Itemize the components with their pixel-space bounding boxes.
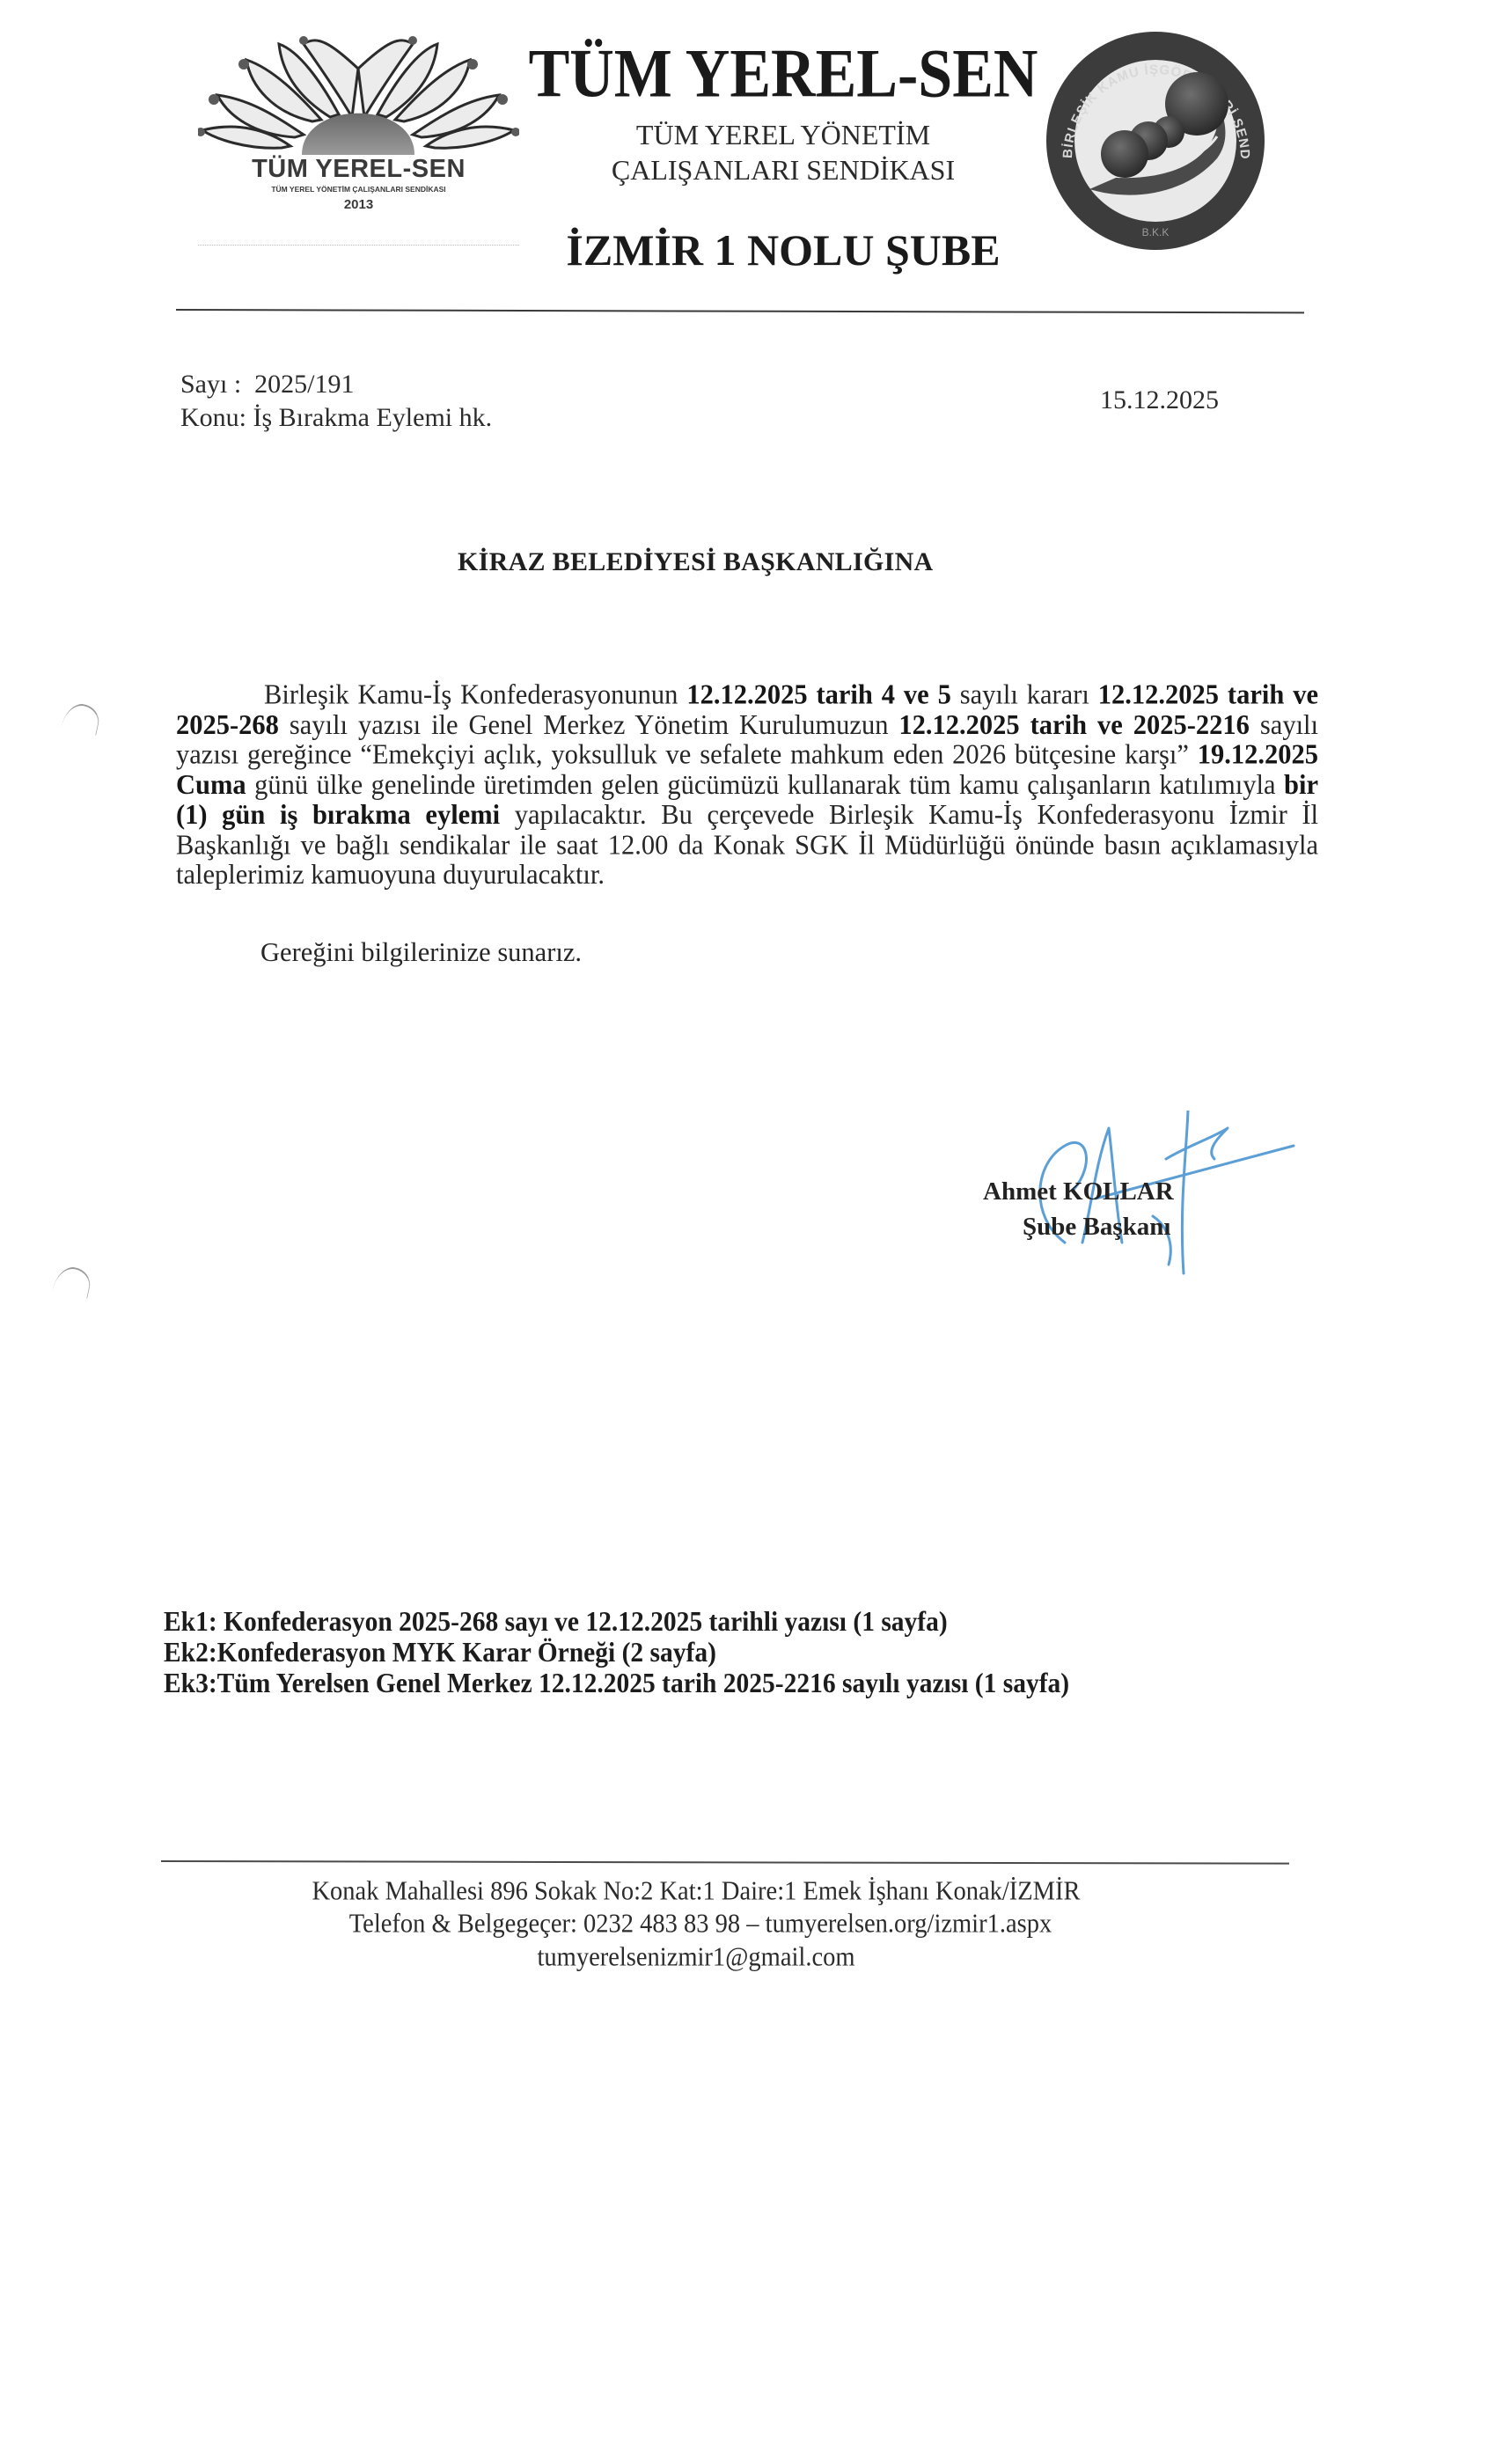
reference-number: Sayı : 2025/191 [180, 370, 355, 400]
sayi-value: 2025/191 [254, 370, 354, 399]
body-emphasis: 12.12.2025 tarih ve 2025-2216 [898, 708, 1250, 740]
union-logo: TÜM YEREL-SEN TÜM YEREL YÖNETİM ÇALIŞANL… [198, 33, 519, 249]
addressee: KİRAZ BELEDİYESİ BAŞKANLIĞINA [458, 547, 1091, 577]
body-paragraph: Birleşik Kamu-İş Konfederasyonunun 12.12… [176, 679, 1318, 890]
org-title: TÜM YEREL-SEN [528, 35, 1038, 114]
sunflower-hands-icon [198, 33, 519, 157]
sayi-label: Sayı : [180, 370, 241, 399]
logo-year: 2013 [198, 197, 519, 212]
body-text: günü ülke genelinde üretimden gelen gücü… [246, 768, 1284, 800]
signatory-name: Ahmet KOLLAR [983, 1177, 1174, 1206]
konu-value: İş Bırakma Eylemi hk. [253, 403, 493, 432]
body-emphasis: 12.12.2025 tarih 4 ve 5 [686, 678, 951, 710]
attachment-item: Ek1: Konfederasyon 2025-268 sayı ve 12.1… [164, 1607, 948, 1639]
branch-name: İZMİR 1 NOLU ŞUBE [528, 224, 1038, 275]
logo-subtitle: TÜM YEREL YÖNETİM ÇALIŞANLARI SENDİKASI [198, 185, 519, 194]
header-divider [176, 309, 1304, 313]
confederation-seal: BİRLEŞİK KAMU İŞGÖRENLERİ SENDİKALARI KO… [1037, 26, 1274, 260]
closing-line: Gereğini bilgilerinize sunarız. [260, 937, 582, 968]
punch-hole-mark [61, 700, 102, 736]
letter-date: 15.12.2025 [1100, 385, 1219, 415]
logo-wordmark: TÜM YEREL-SEN [198, 155, 519, 184]
body-text: Birleşik Kamu-İş Konfederasyonunun [264, 678, 686, 710]
attachment-item: Ek2:Konfederasyon MYK Karar Örneği (2 sa… [164, 1638, 716, 1669]
confederation-seal-icon: BİRLEŞİK KAMU İŞGÖRENLERİ SENDİKALARI KO… [1037, 26, 1274, 260]
org-subtitle-line-1: TÜM YEREL YÖNETİM [528, 119, 1038, 151]
logo-divider [198, 245, 519, 246]
reference-subject: Konu: İş Bırakma Eylemi hk. [180, 403, 492, 433]
footer-address: Konak Mahallesi 896 Sokak No:2 Kat:1 Dai… [132, 1877, 1260, 1907]
body-text: sayılı yazısı ile Genel Merkez Yönetim K… [279, 708, 899, 740]
footer-contact: Telefon & Belgegeçer: 0232 483 83 98 – t… [136, 1910, 1265, 1940]
seal-bottom-text: B.K.K [1142, 226, 1170, 238]
punch-hole-mark [52, 1264, 93, 1299]
footer-divider [161, 1860, 1289, 1865]
konu-label: Konu: [180, 403, 246, 432]
signatory-title: Şube Başkanı [1023, 1213, 1170, 1242]
footer-email: tumyerelsenizmir1@gmail.com [132, 1943, 1260, 1973]
org-subtitle-line-2: ÇALIŞANLARI SENDİKASI [528, 154, 1038, 187]
body-text: sayılı kararı [951, 678, 1098, 710]
attachment-item: Ek3:Tüm Yerelsen Genel Merkez 12.12.2025… [164, 1668, 1069, 1700]
